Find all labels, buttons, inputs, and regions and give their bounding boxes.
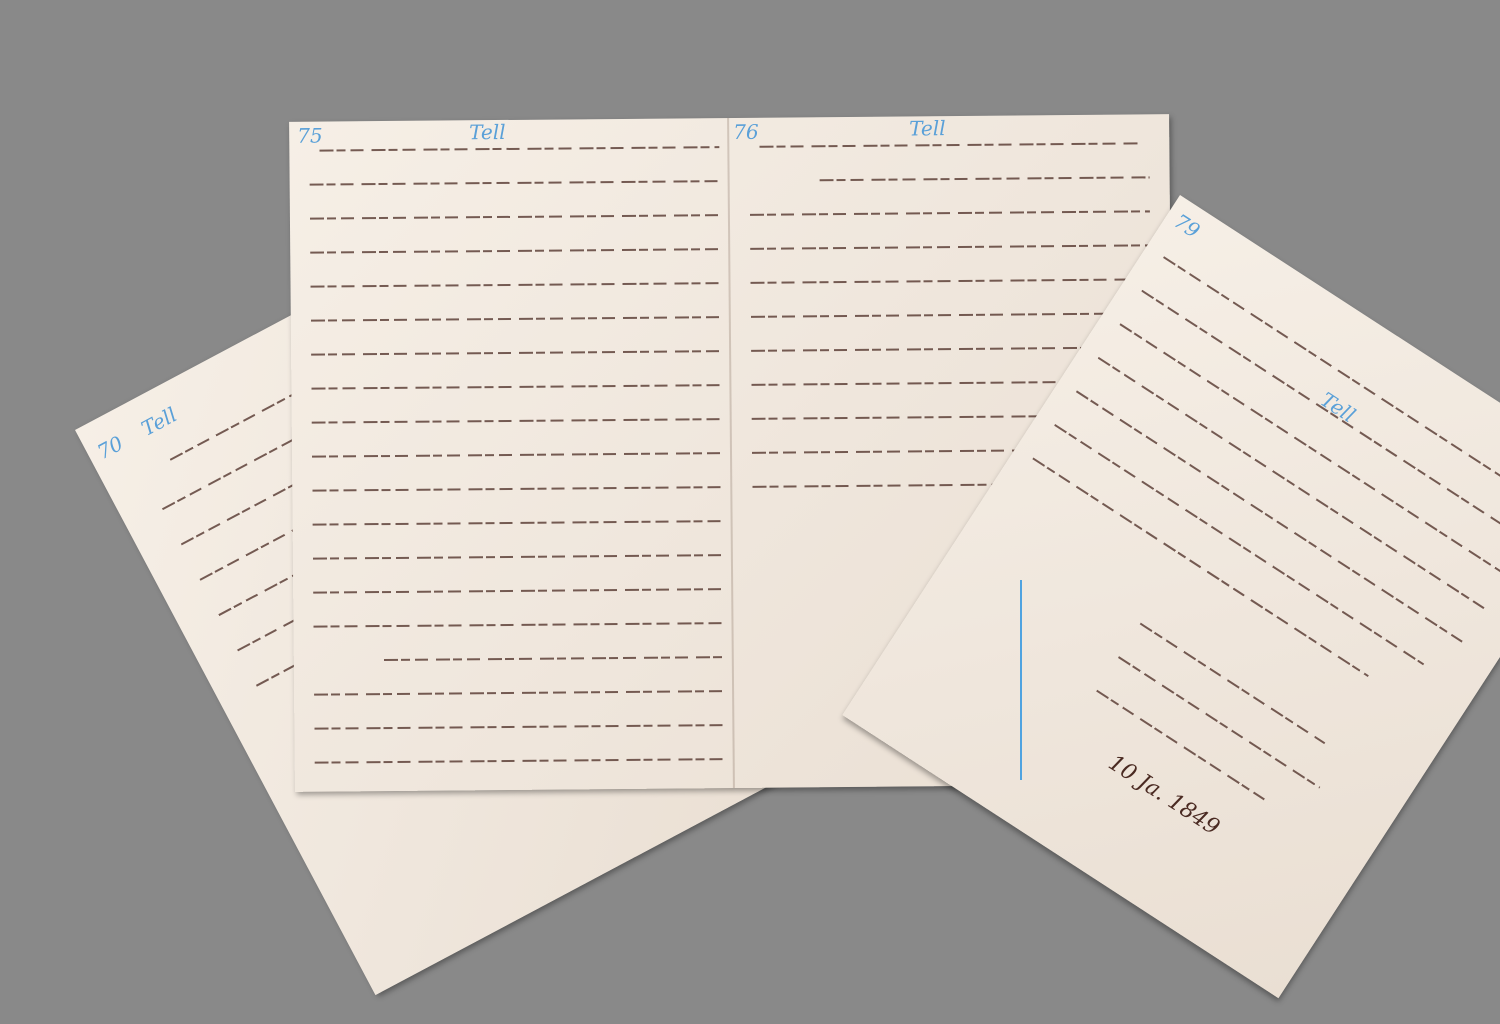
blue-pencil-line <box>1020 580 1022 780</box>
